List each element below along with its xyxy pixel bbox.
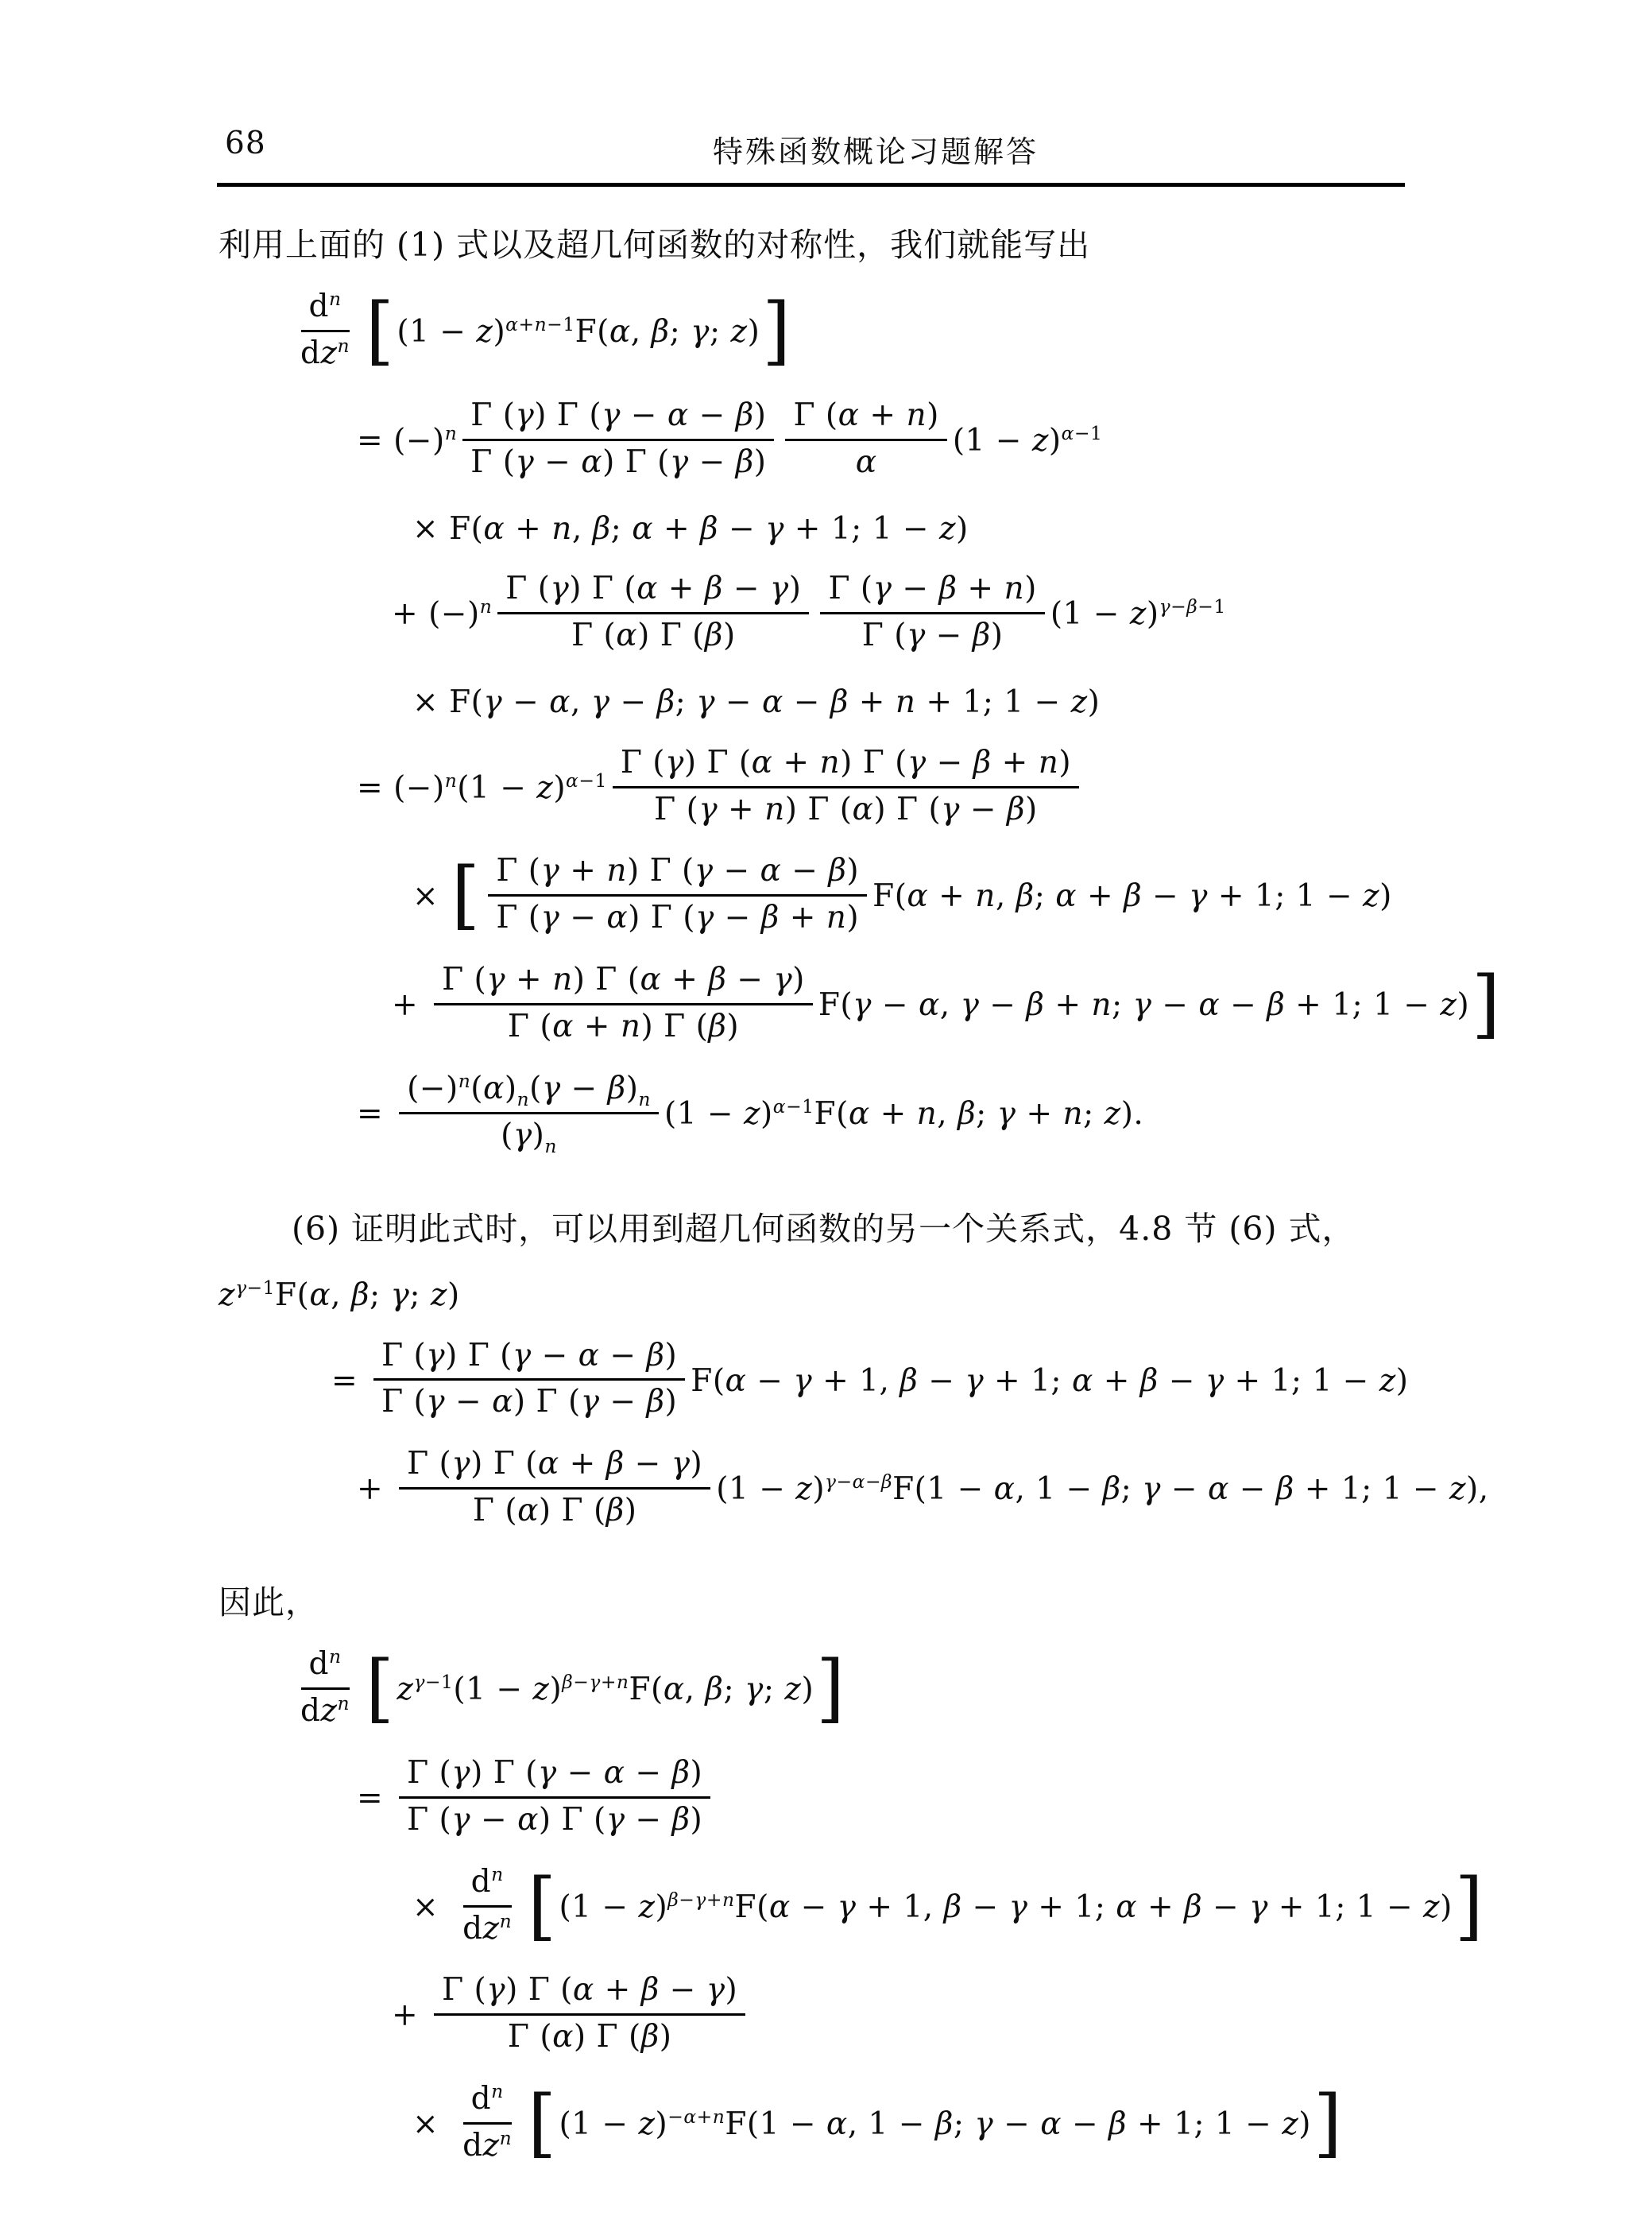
math-text: + 1; — [1027, 1889, 1116, 1925]
math-text: = — [357, 1096, 393, 1132]
fraction-denominator: Γ (γ − α) Γ (γ − β) — [399, 1799, 710, 1839]
math-superscript: n — [480, 595, 493, 618]
math-text: − — [714, 900, 761, 936]
math-var: γ — [513, 1338, 532, 1373]
math-text: Γ ( — [505, 571, 550, 606]
math-run: + — [357, 1471, 393, 1507]
math-text: − — [1202, 1889, 1249, 1925]
math-fraction: Γ (γ + n) Γ (α + β − γ)Γ (α + n) Γ (β) — [434, 962, 813, 1046]
math-text: − — [502, 684, 549, 720]
math-var: γ — [1189, 878, 1208, 914]
math-var: γ — [515, 444, 534, 480]
math-text: − — [715, 684, 762, 720]
math-text: ) — [691, 1446, 703, 1482]
math-text: − — [993, 2106, 1040, 2142]
math-text: Γ ( — [793, 397, 838, 433]
math-var: α — [517, 1493, 539, 1528]
math-text: + — [653, 511, 700, 547]
math-var: α — [1208, 1471, 1229, 1507]
math-text: − — [1220, 987, 1267, 1023]
math-text: , — [940, 987, 961, 1023]
math-run: (1 − z) — [559, 1889, 667, 1925]
fraction-denominator: Γ (γ + n) Γ (α) Γ (γ − β) — [646, 788, 1046, 829]
math-var: z — [795, 1471, 812, 1507]
math-text: ) — [754, 397, 767, 433]
math-run: Γ (α + n) Γ (β) — [508, 1009, 739, 1044]
math-var: n — [617, 1671, 629, 1693]
math-text: ) — [665, 1384, 678, 1420]
math-text: (1 − — [1050, 596, 1130, 632]
math-var: n — [480, 595, 493, 618]
math-var: α — [309, 1277, 331, 1313]
math-text: + — [1016, 1096, 1062, 1132]
math-fraction: Γ (γ) Γ (α + β − γ)Γ (α) Γ (β) — [497, 571, 809, 655]
math-text: + — [518, 313, 534, 335]
math-var: γ — [602, 397, 621, 433]
math-run: d — [309, 289, 329, 324]
math-text: Γ ( — [496, 853, 540, 889]
fraction-numerator: Γ (γ) Γ (α + β − γ) — [434, 1972, 745, 2016]
math-text: + 1; 1 − — [1224, 1362, 1379, 1398]
math-text: ) Γ ( — [574, 2019, 641, 2055]
math-text: d — [300, 1693, 320, 1729]
math-run: Γ (γ − α) Γ (γ − β + n) — [496, 900, 859, 936]
math-var: γ — [745, 1672, 764, 1707]
math-text: − — [689, 444, 736, 480]
fraction-numerator: dn — [463, 2081, 512, 2125]
math-text: Γ ( — [621, 745, 665, 781]
math-run: F(1 − α, 1 − β; γ − α − β + 1; 1 − z) — [725, 2106, 1311, 2142]
math-var: α — [664, 1672, 685, 1707]
math-text: Γ ( — [381, 1384, 426, 1420]
math-text: ; — [670, 314, 691, 350]
math-run: Γ (γ) Γ (γ − α − β) — [407, 1755, 702, 1791]
math-text: ) — [625, 1493, 637, 1528]
math-text: + — [392, 987, 428, 1023]
math-text: ) — [1049, 423, 1062, 459]
book-page: 68 特殊函数概论习题解答 利用上面的 (1) 式以及超几何函数的对称性，我们就… — [0, 0, 1652, 2216]
math-var: β — [606, 1493, 625, 1528]
math-text: , — [996, 878, 1016, 914]
math-var: z — [320, 1693, 337, 1729]
math-text: d — [309, 1646, 329, 1682]
math-run: Γ (α + n) — [793, 397, 938, 433]
math-var: β — [641, 1972, 660, 2008]
math-text: −1 — [578, 769, 606, 792]
math-text: F( — [691, 1362, 725, 1398]
math-run: Γ (γ + n) Γ (α + β − γ) — [442, 962, 805, 998]
math-run: × — [412, 878, 449, 914]
math-superscript: n — [338, 1692, 350, 1714]
math-text: = — [331, 1362, 368, 1398]
math-text: = — [357, 1780, 393, 1816]
equation-line: = (−)nΓ (γ) Γ (γ − α − β)Γ (γ − α) Γ (γ … — [357, 401, 1533, 485]
math-superscript: n — [329, 1645, 342, 1668]
math-var: n — [1091, 987, 1112, 1023]
math-var: β — [708, 1009, 726, 1044]
math-text: − — [1142, 878, 1189, 914]
math-var: α — [1062, 422, 1074, 444]
math-run: (1 − z) — [1050, 596, 1159, 632]
math-superscript: γ−α−β — [825, 1470, 892, 1493]
math-text: + — [658, 571, 705, 606]
math-text: − — [679, 1889, 694, 1911]
math-var: z — [536, 770, 553, 806]
math-var: γ — [1009, 1889, 1028, 1925]
math-text: ) — [553, 770, 566, 806]
math-var: n — [445, 422, 458, 444]
math-run: (1 − z) — [664, 1096, 773, 1132]
math-run: = (−) — [357, 423, 445, 459]
math-var: β — [736, 397, 754, 433]
math-run: F(α, β; γ; z) — [629, 1672, 814, 1707]
math-text: (1 − — [457, 770, 536, 806]
math-text: − — [667, 2106, 683, 2128]
math-superscript: α+n−1 — [505, 313, 575, 335]
math-run: Γ (γ − α) Γ (γ − β) — [407, 1802, 702, 1838]
math-var: β — [828, 853, 846, 889]
math-var: β — [606, 1446, 625, 1482]
math-var: z — [1423, 1889, 1440, 1925]
math-text: − — [927, 745, 973, 781]
math-text: − — [534, 444, 581, 480]
math-var: n — [535, 313, 547, 335]
math-text: − — [1159, 1362, 1205, 1398]
math-var: α — [606, 900, 628, 936]
math-var: β — [667, 1889, 679, 1911]
math-text: + — [870, 1096, 917, 1132]
math-var: β — [672, 1802, 691, 1838]
math-text: ) — [626, 1071, 639, 1106]
fraction-numerator: Γ (α + n) — [785, 397, 946, 441]
math-text: + 1, — [812, 1362, 900, 1398]
math-var: α — [604, 1755, 625, 1791]
math-superscript: n — [458, 1070, 471, 1092]
math-text: − — [610, 684, 657, 720]
math-var: β — [562, 1671, 573, 1693]
math-bracket: ] — [1313, 2091, 1342, 2154]
equation-line: dndzn[(1 − z)α+n−1F(α, β; γ; z)] — [287, 292, 1533, 376]
page-number: 68 — [225, 126, 266, 161]
math-superscript: α−1 — [566, 769, 607, 792]
math-var: γ — [1249, 1889, 1268, 1925]
math-text: + — [957, 571, 1004, 606]
math-var: α — [505, 313, 518, 335]
math-run: F(α + n, β; α + β − γ + 1; 1 − z) — [872, 878, 1392, 914]
math-var: α — [552, 2019, 574, 2055]
math-var: n — [552, 962, 573, 998]
math-var: n — [764, 792, 785, 827]
math-text: ) — [956, 511, 969, 547]
math-var: α — [994, 1471, 1016, 1507]
math-text: + — [661, 962, 708, 998]
math-var: n — [1004, 571, 1024, 606]
equation-line: × [Γ (γ + n) Γ (γ − α − β)Γ (γ − α) Γ (γ… — [412, 856, 1533, 940]
math-superscript: n — [500, 1910, 513, 1932]
math-var: β — [973, 618, 991, 653]
math-text: + — [718, 792, 764, 827]
math-text: ) — [1088, 684, 1101, 720]
math-run: Γ (γ) Γ (α + β − γ) — [407, 1446, 702, 1482]
math-text: − — [960, 792, 1007, 827]
math-run: Γ (α) Γ (β) — [571, 618, 736, 653]
math-text: − — [783, 684, 830, 720]
math-text: Γ ( — [862, 618, 907, 653]
math-var: γ — [773, 962, 792, 998]
math-var: z — [483, 2128, 500, 2164]
math-superscript: β−γ+n — [667, 1889, 734, 1911]
math-text: ) Γ ( — [602, 444, 670, 480]
math-text: − — [865, 1470, 881, 1493]
math-var: β — [935, 2106, 954, 2142]
math-text: , — [631, 314, 652, 350]
math-fraction: dndzn — [455, 1864, 520, 1948]
math-text: + — [392, 1997, 428, 2033]
math-var: n — [491, 2080, 504, 2102]
math-var: γ — [581, 1384, 600, 1420]
math-var: β — [700, 511, 718, 547]
math-bracket: ] — [1455, 1874, 1484, 1937]
math-var: γ — [907, 618, 926, 653]
math-var: z — [1130, 596, 1147, 632]
math-var: γ — [235, 1277, 246, 1299]
math-text: − — [445, 1384, 492, 1420]
math-text: − — [689, 397, 736, 433]
math-var: α — [640, 962, 661, 998]
math-text: F( — [629, 1672, 664, 1707]
math-var: γ — [694, 853, 714, 889]
math-var: α — [538, 1446, 559, 1482]
math-text: d — [471, 2081, 491, 2117]
header-rule — [217, 183, 1405, 187]
math-run: F(α, β; γ; z) — [275, 1277, 460, 1313]
math-text: Γ ( — [470, 444, 515, 480]
math-text: ; — [1121, 1471, 1143, 1507]
math-text: ; — [1035, 878, 1056, 914]
math-var: n — [638, 1088, 651, 1110]
math-text: −1 — [786, 1095, 814, 1118]
math-text: ; — [1083, 1096, 1105, 1132]
math-var: β — [672, 1755, 691, 1791]
math-var: α — [573, 1972, 594, 2008]
math-fraction: dndzn — [455, 2081, 520, 2165]
math-var: γ — [542, 1071, 561, 1106]
math-run: Γ (γ) Γ (α + β − γ) — [442, 1972, 737, 2008]
math-bracket: [ — [366, 1656, 394, 1719]
math-var: z — [476, 314, 493, 350]
math-text: − — [625, 1755, 672, 1791]
math-text: ) — [748, 314, 760, 350]
math-text: + 1, — [856, 1889, 943, 1925]
math-var: α — [853, 792, 874, 827]
math-var: α — [483, 511, 505, 547]
math-text: ( — [501, 1118, 513, 1153]
math-text: ) — [665, 1338, 678, 1373]
math-var: z — [483, 1911, 500, 1947]
equation-line: zγ−1F(α, β; γ; z) — [219, 1276, 1533, 1316]
math-text: ) — [1379, 878, 1392, 914]
math-text: , — [331, 1277, 351, 1313]
math-var: n — [917, 1096, 938, 1132]
math-text: + — [559, 853, 606, 889]
math-fraction: Γ (γ) Γ (α + n) Γ (γ − β + n)Γ (γ + n) Γ… — [613, 745, 1079, 829]
math-text: + 1; 1 − — [1285, 987, 1440, 1023]
math-text: F( — [818, 987, 853, 1023]
math-bracket: [ — [528, 1874, 556, 1937]
math-text: (−) — [407, 1071, 458, 1106]
math-superscript: α−1 — [773, 1095, 814, 1118]
math-var: β — [652, 314, 670, 350]
math-var: γ — [706, 1972, 725, 2008]
math-var: n — [517, 1088, 530, 1110]
math-var: α — [517, 1802, 539, 1838]
math-run: Γ (γ) Γ (γ − α − β) — [470, 397, 766, 433]
paragraph-note: (6) 证明此式时，可以用到超几何函数的另一个关系式，4.8 节 (6) 式， — [219, 1207, 1533, 1251]
math-text: Γ ( — [508, 2019, 552, 2055]
math-run: (1 − z) — [397, 314, 505, 350]
math-text: + — [1077, 878, 1124, 914]
math-text: − — [918, 1362, 965, 1398]
math-bracket: [ — [528, 2091, 556, 2154]
math-subscript: n — [638, 1088, 651, 1110]
math-text: ) Γ ( — [684, 745, 752, 781]
math-var: α — [856, 444, 877, 480]
math-var: γ — [965, 1362, 984, 1398]
math-run: Γ (α) Γ (β) — [473, 1493, 637, 1528]
math-run: × — [412, 1889, 449, 1925]
math-run: (1 − z) — [457, 770, 566, 806]
fraction-numerator: (−)n(α)n(γ − β)n — [399, 1071, 659, 1114]
math-var: n — [819, 745, 840, 781]
math-var: γ — [765, 511, 784, 547]
fraction-denominator: dzn — [455, 2125, 520, 2165]
math-var: γ — [770, 571, 789, 606]
math-superscript: β−γ+n — [562, 1671, 629, 1693]
math-var: β — [1103, 1471, 1121, 1507]
math-text: ; — [723, 1672, 745, 1707]
math-var: γ — [541, 900, 560, 936]
math-run: d — [471, 2081, 491, 2117]
math-superscript: n — [491, 1863, 504, 1885]
paragraph-intro: 利用上面的 (1) 式以及超几何函数的对称性，我们就能写出 — [219, 223, 1533, 267]
math-run: + (−) — [392, 596, 480, 632]
math-text: ) — [656, 1889, 668, 1925]
math-var: β — [1184, 1889, 1202, 1925]
equation-line: × F(α + n, β; α + β − γ + 1; 1 − z) — [412, 509, 1533, 550]
math-text: − — [621, 397, 667, 433]
math-text: − — [470, 1802, 517, 1838]
math-text: + — [697, 2106, 713, 2128]
math-var: n — [329, 288, 342, 310]
math-text: , — [571, 684, 591, 720]
math-text: + — [1044, 987, 1091, 1023]
math-run: (1 − z) — [953, 423, 1062, 459]
math-var: γ — [793, 1362, 812, 1398]
math-text: − — [1170, 595, 1186, 618]
math-text: (1 − — [453, 1672, 532, 1707]
math-text: Γ ( — [473, 1493, 517, 1528]
math-var: γ — [1133, 987, 1152, 1023]
math-run: = (−) — [357, 770, 445, 806]
math-text: ) Γ ( — [569, 571, 636, 606]
math-var: n — [906, 397, 927, 433]
math-text: − — [561, 1071, 608, 1106]
math-var: γ — [538, 1755, 557, 1791]
math-var: n — [1062, 1096, 1083, 1132]
math-var: γ — [391, 1277, 410, 1313]
math-var: γ — [838, 1889, 857, 1925]
math-text: F( — [814, 1096, 849, 1132]
math-var: z — [744, 1096, 760, 1132]
math-text: + 1; — [984, 1362, 1072, 1398]
math-fraction: Γ (γ) Γ (γ − α − β)Γ (γ − α) Γ (γ − β) — [399, 1755, 710, 1839]
math-text: , — [937, 1096, 958, 1132]
fraction-denominator: (γ)n — [493, 1114, 565, 1155]
math-var: β — [657, 684, 675, 720]
fraction-numerator: dn — [301, 289, 350, 332]
math-var: γ — [515, 397, 534, 433]
math-var: z — [1105, 1096, 1121, 1132]
math-var: γ — [665, 745, 684, 781]
math-var: β — [705, 1672, 723, 1707]
math-run: + — [392, 1997, 428, 2033]
math-var: z — [397, 1672, 413, 1707]
math-var: γ — [606, 1802, 625, 1838]
math-var: α — [1072, 1362, 1093, 1398]
math-var: γ — [1205, 1362, 1224, 1398]
math-text: Γ ( — [571, 618, 616, 653]
math-text: − — [573, 1671, 589, 1693]
math-text: , — [685, 1672, 706, 1707]
fraction-numerator: Γ (γ) Γ (α + β − γ) — [497, 571, 809, 614]
math-superscript: γ−β−1 — [1159, 595, 1226, 618]
math-text: ; — [675, 684, 697, 720]
math-var: α — [578, 1338, 600, 1373]
math-text: Γ ( — [381, 1338, 426, 1373]
math-text: ) — [656, 2106, 668, 2142]
math-text: + 1; 1 − — [1208, 878, 1363, 914]
math-text: − — [714, 853, 760, 889]
math-var: γ — [486, 1972, 505, 2008]
math-run: z — [397, 1672, 413, 1707]
math-var: n — [500, 2127, 513, 2149]
math-run: Γ (γ − α) Γ (γ − β) — [470, 444, 766, 480]
math-text: + — [1137, 1889, 1184, 1925]
math-var: γ — [451, 1446, 470, 1482]
math-var: γ — [670, 444, 689, 480]
fraction-numerator: Γ (γ + n) Γ (α + β − γ) — [434, 962, 813, 1005]
math-var: z — [1449, 1471, 1466, 1507]
math-var: α — [683, 2106, 696, 2128]
fraction-denominator: dzn — [455, 1908, 520, 1948]
math-var: β — [705, 618, 723, 653]
math-text: − — [1062, 2106, 1108, 2142]
math-superscript: α−1 — [1062, 422, 1103, 444]
equation-line: × F(γ − α, γ − β; γ − α − β + n + 1; 1 −… — [412, 683, 1533, 723]
math-text: −1 — [425, 1671, 453, 1693]
math-var: n — [896, 684, 916, 720]
equation-line: × dndzn[(1 − z)β−γ+nF(α − γ + 1, β − γ +… — [412, 1867, 1533, 1951]
math-text: ) — [812, 1471, 825, 1507]
equation-line: = (−)n(α)n(γ − β)n(γ)n(1 − z)α−1F(α + n,… — [357, 1074, 1533, 1158]
math-text: + — [505, 962, 552, 998]
math-text: × — [412, 1889, 449, 1925]
math-text: ; — [409, 1277, 431, 1313]
math-text: − — [926, 618, 973, 653]
equation-block-3: dndzn[zγ−1(1 − z)β−γ+nF(α, β; γ; z)]= Γ … — [219, 1649, 1533, 2168]
math-text: −1 — [1074, 422, 1102, 444]
math-var: n — [338, 335, 350, 357]
